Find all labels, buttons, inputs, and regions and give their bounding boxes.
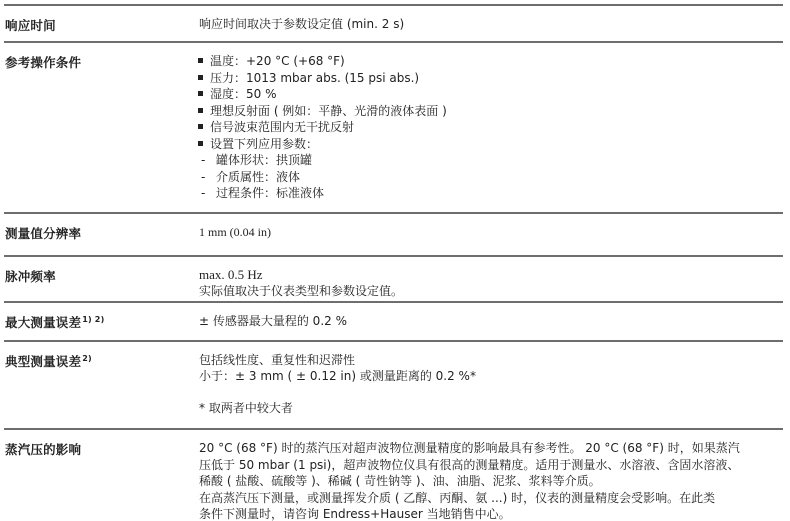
value-line: 稀酸 ( 盐酸、硫酸等 )、稀碱 ( 苛性钠等 )、油、油脂、泥浆、浆料等介质。: [199, 473, 783, 490]
value-line: 包括线性度、重复性和迟滞性: [199, 352, 783, 368]
bullet-square-icon: [198, 141, 203, 146]
row-label: 蒸汽压的影响: [5, 440, 81, 458]
sub-list-item: -介质属性：液体: [194, 169, 783, 186]
sub-list-item: -过程条件：标准液体: [194, 185, 783, 202]
bullet-square-icon: [198, 91, 203, 96]
value-line: max. 0.5 Hz: [199, 267, 783, 283]
value-line: 1 mm (0.04 in): [199, 224, 783, 240]
row-label: 脉冲频率: [5, 267, 56, 285]
value-line: 在高蒸汽压下测量，或测量挥发介质 ( 乙醇、丙酮、氨 ...) 时，仪表的测量精…: [199, 490, 783, 507]
dash-marker: -: [201, 152, 205, 169]
spec-row-resolution: 测量值分辨率 1 mm (0.04 in): [4, 212, 783, 255]
list-item: 理想反射面 ( 例如：平静、光滑的液体表面 ): [194, 103, 783, 120]
row-value: max. 0.5 Hz 实际值取决于仪表类型和参数设定值。: [199, 267, 783, 299]
value-line: 压低于 50 mbar (1 psi)，超声波物位仪具有很高的测量精度。适用于测…: [199, 457, 783, 474]
row-value: 包括线性度、重复性和迟滞性 小于：± 3 mm ( ± 0.12 in) 或测量…: [199, 352, 783, 416]
dash-marker: -: [201, 169, 205, 186]
bullet-square-icon: [198, 108, 203, 113]
list-item: 压力：1013 mbar abs. (15 psi abs.): [194, 70, 783, 87]
row-value: 20 °C (68 °F) 时的蒸汽压对超声波物位测量精度的影响最具有参考性。 …: [199, 440, 783, 521]
list-item: 湿度：50 %: [194, 86, 783, 103]
spec-row-max-error: 最大测量误差1) 2) ± 传感器最大量程的 0.2 %: [4, 301, 783, 340]
spec-row-pulse-frequency: 脉冲频率 max. 0.5 Hz 实际值取决于仪表类型和参数设定值。: [4, 255, 783, 301]
spec-row-reference-conditions: 参考操作条件 温度：+20 °C (+68 °F) 压力：1013 mbar a…: [4, 41, 783, 212]
row-label: 参考操作条件: [5, 53, 81, 71]
value-line: 实际值取决于仪表类型和参数设定值。: [199, 283, 783, 299]
value-line: ± 传感器最大量程的 0.2 %: [199, 313, 783, 329]
sub-list-item: -罐体形状：拱顶罐: [194, 152, 783, 169]
footnote-ref: 1) 2): [82, 315, 104, 324]
value-line: 小于：± 3 mm ( ± 0.12 in) 或测量距离的 0.2 %*: [199, 368, 783, 384]
value-line: 响应时间取决于参数设定值 (min. 2 s): [199, 16, 783, 32]
dash-marker: -: [201, 185, 205, 202]
list-item: 设置下列应用参数：: [194, 136, 783, 153]
footnote-ref: 2): [82, 354, 92, 363]
row-label: 最大测量误差1) 2): [5, 313, 104, 331]
bullet-square-icon: [198, 124, 203, 129]
list-item: 信号波束范围内无干扰反射: [194, 119, 783, 136]
footnote-text: * 取两者中较大者: [199, 400, 783, 416]
row-value: 温度：+20 °C (+68 °F) 压力：1013 mbar abs. (15…: [194, 53, 783, 202]
value-line: 条件下测量时，请咨询 Endress+Hauser 当地销售中心。: [199, 506, 783, 521]
bullet-square-icon: [198, 58, 203, 63]
condition-list: 温度：+20 °C (+68 °F) 压力：1013 mbar abs. (15…: [194, 53, 783, 202]
spacer: [199, 384, 783, 400]
spec-row-response-time: 响应时间 响应时间取决于参数设定值 (min. 2 s): [4, 4, 783, 41]
row-value: ± 传感器最大量程的 0.2 %: [199, 313, 783, 329]
row-value: 1 mm (0.04 in): [199, 224, 783, 240]
bullet-square-icon: [198, 75, 203, 80]
row-value: 响应时间取决于参数设定值 (min. 2 s): [199, 16, 783, 32]
row-label: 响应时间: [5, 16, 56, 34]
value-line: 20 °C (68 °F) 时的蒸汽压对超声波物位测量精度的影响最具有参考性。 …: [199, 440, 783, 457]
spec-row-typical-error: 典型测量误差2) 包括线性度、重复性和迟滞性 小于：± 3 mm ( ± 0.1…: [4, 340, 783, 428]
spec-table: 响应时间 响应时间取决于参数设定值 (min. 2 s) 参考操作条件 温度：+…: [4, 4, 783, 521]
spec-row-vapor-pressure: 蒸汽压的影响 20 °C (68 °F) 时的蒸汽压对超声波物位测量精度的影响最…: [4, 428, 783, 521]
row-label: 测量值分辨率: [5, 224, 81, 242]
row-label: 典型测量误差2): [5, 352, 92, 370]
list-item: 温度：+20 °C (+68 °F): [194, 53, 783, 70]
